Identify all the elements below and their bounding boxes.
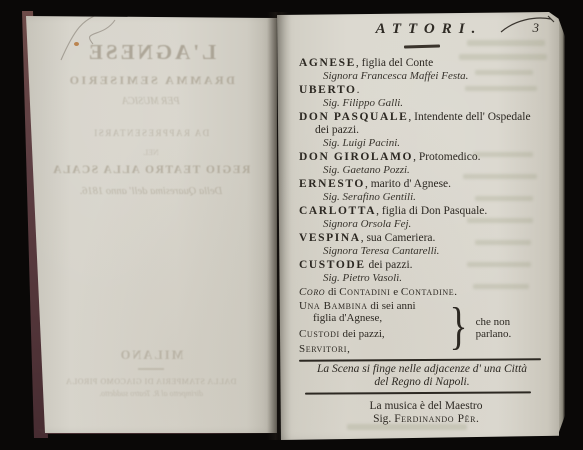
right-page: 3 ATTORI. AGNESE, figlia del Conte Signo… bbox=[277, 12, 559, 440]
cast-role-line: UBERTO. bbox=[299, 84, 545, 97]
mute-item-line2: figlia d'Agnese, bbox=[313, 313, 444, 325]
cast-role-line: AGNESE, figlia del Conte bbox=[299, 57, 545, 70]
chorus-contadine: Contadine bbox=[401, 286, 454, 298]
bleed-subtitle: DRAMMA SEMISERIO bbox=[25, 73, 277, 88]
header-rule bbox=[404, 45, 440, 49]
cast-role: DON PASQUALE bbox=[299, 111, 408, 123]
scene-note-line2: del Regno di Napoli. bbox=[299, 376, 545, 389]
cast-performer: Signora Orsola Fej. bbox=[323, 218, 545, 230]
cast-entry: CUSTODE dei pazzi. Sig. Pietro Vasolì. bbox=[299, 259, 545, 284]
music-credit-line2: Sig. Ferdinando Për. bbox=[307, 413, 545, 426]
chorus-join: di bbox=[325, 286, 339, 298]
mute-item-rest: di sei anni bbox=[368, 300, 416, 312]
cast-performer: Sig. Luigi Pacini. bbox=[323, 137, 545, 149]
mute-item-rest: dei pazzi, bbox=[340, 328, 385, 340]
mute-item-name: Custodi bbox=[299, 328, 340, 340]
mute-item: Custodi dei pazzi, bbox=[299, 329, 444, 341]
non-speaking-roles: Una Bambina di sei anni figlia d'Agnese,… bbox=[299, 301, 444, 356]
scene-note: La Scena si finge nelle adjacenze d' una… bbox=[299, 363, 545, 388]
cast-entry: UBERTO. Sig. Filippo Galli. bbox=[299, 84, 545, 109]
cast-performer: Signora Teresa Cantarelli. bbox=[323, 245, 545, 257]
cast-role: CARLOTTA bbox=[299, 205, 376, 217]
page-title: ATTORI. bbox=[313, 21, 545, 37]
bleedthrough-title-page: L'AGNESE DRAMMA SEMISERIO PER MUSICA DA … bbox=[25, 16, 277, 433]
cast-performer: Sig. Serafino Gentili. bbox=[323, 191, 545, 203]
cast-desc: . bbox=[357, 84, 360, 96]
cast-entry: VESPINA, sua Cameriera. Signora Teresa C… bbox=[299, 232, 545, 257]
bleed-stamperia: DALLA STAMPERIA DI GIACOMO PIROLA bbox=[25, 377, 277, 386]
cast-role-line: DON GIROLAMO, Protomedico. bbox=[299, 151, 545, 164]
cast-role: UBERTO bbox=[299, 84, 357, 96]
section-rule bbox=[305, 392, 531, 395]
non-speaking-note: che non parlano. bbox=[476, 316, 545, 340]
cast-desc: , Protomedico. bbox=[413, 151, 480, 163]
cast-performer: Sig. Gaetano Pozzi. bbox=[323, 164, 545, 176]
music-credit-end: . bbox=[476, 413, 479, 425]
cast-role: ERNESTO bbox=[299, 178, 365, 190]
cast-desc: , figlia del Conte bbox=[356, 57, 433, 69]
page-number: 3 bbox=[533, 20, 540, 36]
cast-role-line: VESPINA, sua Cameriera. bbox=[299, 232, 545, 245]
cast-desc: , marito d' Agnese. bbox=[365, 178, 451, 190]
cast-performer: Signora Francesca Maffei Festa. bbox=[323, 70, 545, 82]
cast-entry: DON PASQUALE, Intendente dell' Ospedale … bbox=[299, 111, 545, 149]
bleed-dirimpetto: dirimpetto al R. Teatro suddetto. bbox=[25, 389, 277, 398]
cast-performer: Sig. Filippo Galli. bbox=[323, 97, 545, 109]
music-credit-line1: La musica è del Maestro bbox=[307, 400, 545, 413]
cast-role: AGNESE bbox=[299, 57, 356, 69]
mute-item: Una Bambina di sei anni bbox=[299, 301, 444, 313]
bleed-teatro: REGIO TEATRO ALLA SCALA bbox=[25, 164, 277, 176]
bleed-rappresentarsi: DA RAPPRESENTARSI bbox=[25, 128, 277, 138]
cast-role-line: ERNESTO, marito d' Agnese. bbox=[299, 178, 545, 191]
bleed-per-musica: PER MUSICA bbox=[25, 96, 277, 107]
chorus-coro: Coro bbox=[299, 286, 325, 298]
left-page: L'AGNESE DRAMMA SEMISERIO PER MUSICA DA … bbox=[25, 16, 277, 433]
mute-item-name: Servitori bbox=[299, 343, 347, 355]
music-credit-prefix: Sig. bbox=[373, 413, 394, 425]
bleed-rule bbox=[138, 368, 164, 370]
bleed-nel: NEL bbox=[25, 148, 277, 157]
bleed-quaresima: Della Quaresima dell' anno 1816. bbox=[25, 186, 277, 197]
composer-name: Ferdinando Për bbox=[394, 413, 476, 425]
cast-role-line: CUSTODE dei pazzi. bbox=[299, 259, 545, 272]
scene-note-line1: La Scena si finge nelle adjacenze d' una… bbox=[299, 363, 545, 376]
brace-glyph: } bbox=[449, 303, 467, 351]
cast-role: CUSTODE bbox=[299, 259, 366, 271]
cast-list-page: 3 ATTORI. AGNESE, figlia del Conte Signo… bbox=[277, 12, 559, 440]
mute-item: Servitori, bbox=[299, 344, 444, 356]
cast-desc: , sua Cameriera. bbox=[361, 232, 436, 244]
section-rule bbox=[299, 358, 541, 361]
music-credit: La musica è del Maestro Sig. Ferdinando … bbox=[307, 400, 545, 426]
mute-item-name: Una Bambina bbox=[299, 300, 368, 312]
cast-entry: ERNESTO, marito d' Agnese. Sig. Serafino… bbox=[299, 178, 545, 203]
chorus-line: Coro di Contadini e Contadine. bbox=[299, 286, 545, 298]
cast-desc: , figlia di Don Pasquale. bbox=[376, 205, 487, 217]
chorus-end: . bbox=[454, 286, 457, 298]
cast-entry: CARLOTTA, figlia di Don Pasquale. Signor… bbox=[299, 205, 545, 230]
cast-desc: dei pazzi. bbox=[366, 259, 413, 271]
cast-role: DON GIROLAMO bbox=[299, 151, 413, 163]
bleed-milano: MILANO bbox=[25, 348, 277, 363]
page-stack-edge bbox=[559, 20, 565, 432]
cast-role-line: CARLOTTA, figlia di Don Pasquale. bbox=[299, 205, 545, 218]
cast-role-line: DON PASQUALE, Intendente dell' Ospedale … bbox=[299, 111, 545, 137]
cast-performer: Sig. Pietro Vasolì. bbox=[323, 272, 545, 284]
mute-item-rest: , bbox=[347, 343, 350, 355]
cast-role: VESPINA bbox=[299, 232, 361, 244]
bleed-title: L'AGNESE bbox=[25, 40, 277, 65]
book-photo: L'AGNESE DRAMMA SEMISERIO PER MUSICA DA … bbox=[0, 0, 583, 450]
chorus-join: e bbox=[390, 286, 400, 298]
cast-entry: DON GIROLAMO, Protomedico. Sig. Gaetano … bbox=[299, 151, 545, 176]
non-speaking-roles-group: Una Bambina di sei anni figlia d'Agnese,… bbox=[299, 301, 545, 356]
cast-entry: AGNESE, figlia del Conte Signora Frances… bbox=[299, 57, 545, 82]
chorus-contadini: Contadini bbox=[339, 286, 390, 298]
